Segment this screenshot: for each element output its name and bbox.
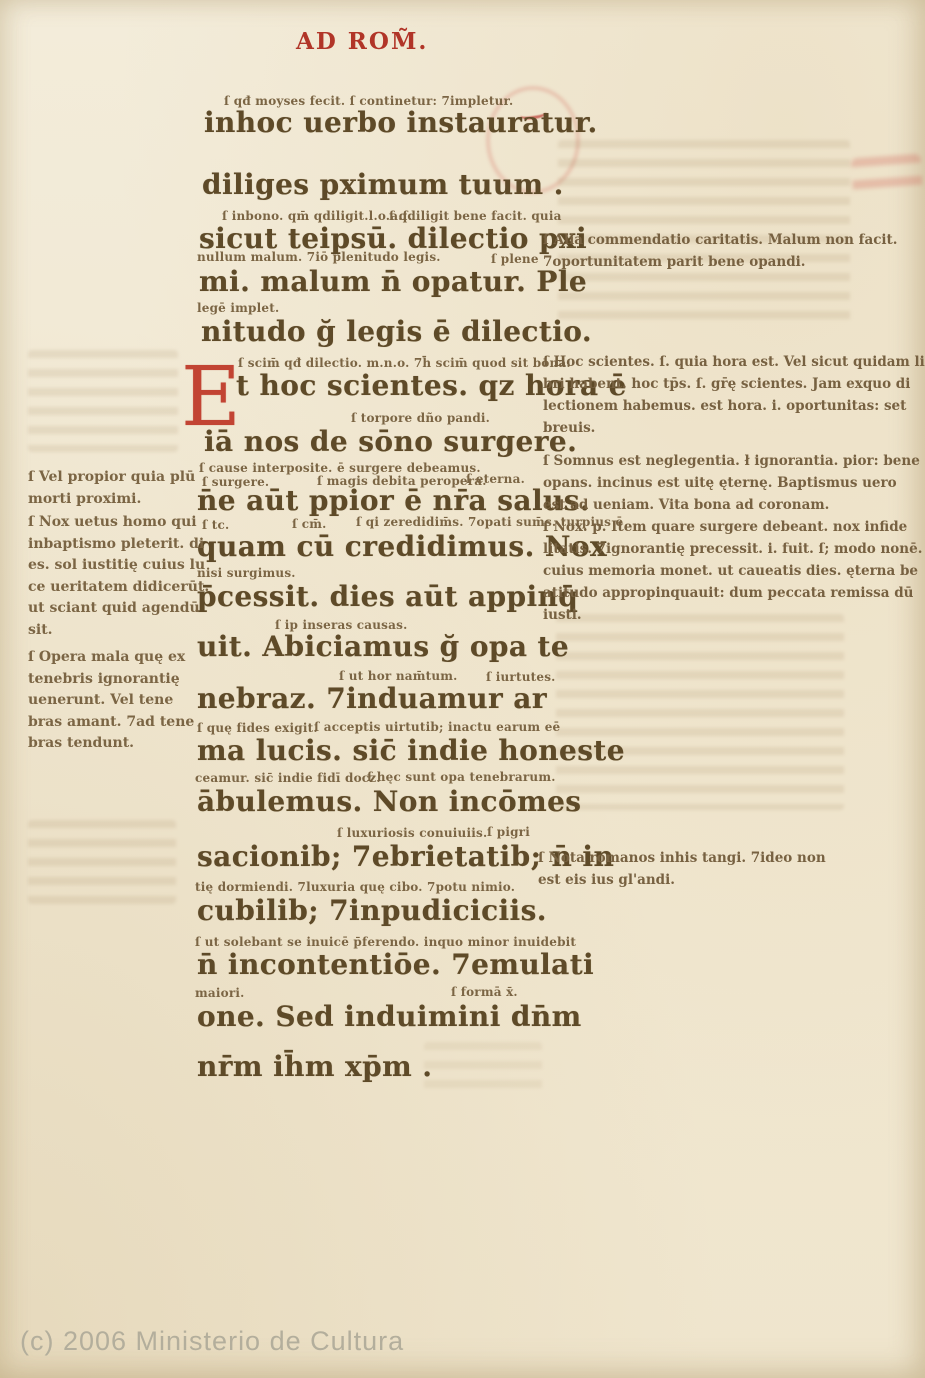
interlinear-gloss: ſ plene (491, 252, 539, 266)
marginal-gloss-right: ſ Somnus est neglegentia. ł ignorantia. … (543, 450, 920, 516)
main-text-line: n̄e aūt ppior ē nr̄a salus. (197, 484, 590, 517)
main-text-line: nitudo ğ legis ē dilectio. (201, 315, 592, 348)
marginal-gloss-line: bri habent. hoc tp̄s. ſ. gr̄ę scientes. … (543, 373, 925, 395)
main-text-line: mi. malum n̄ opatur. Ple (199, 265, 587, 298)
main-text-line: nr̄m ih̄m xp̄m . (197, 1050, 432, 1083)
main-text-line: iā nos de sōno surgere. (204, 425, 577, 458)
marginal-gloss-line: bras tendunt. (28, 733, 194, 755)
interlinear-gloss: ſ torpore dño pandi. (351, 411, 490, 425)
interlinear-gloss: ſ cause interposite. ē surgere debeamus. (199, 461, 481, 475)
marginal-gloss-line: 7oportunitatem parit bene opandi. (543, 251, 898, 273)
interlinear-gloss: ſ acceptis uirtutib; inactu earum eē (314, 720, 560, 734)
marginal-gloss-line: inbaptismo pleterit. di (28, 534, 209, 556)
interlinear-gloss: ſ scim̄ qđ dilectio. m.n.o. 7h̄ scim̄ qu… (238, 356, 571, 370)
interlinear-gloss: ceamur. sic̄ indie fidī docz. (195, 771, 381, 785)
main-text-line: p̄cessit. dies aūt appinq̄ (197, 580, 578, 613)
marginal-gloss-line: ut sciant quid agendū (28, 598, 209, 620)
marginal-gloss-line: ce ueritatem didicerūt. (28, 577, 209, 599)
main-text-line: cubilib; 7inpudiciciis. (197, 894, 547, 927)
main-text-line: uit. Abiciamus ğ opa te (197, 630, 569, 663)
interlinear-gloss: ſ pigri (487, 825, 530, 839)
bleed-through-text (556, 614, 844, 810)
bleed-through-text (424, 1042, 542, 1094)
main-text-line: diliges pximum tuum . (202, 168, 564, 201)
interlinear-gloss: ſ quę fides exigit. (197, 721, 318, 735)
page-header-rubric: AD ROM̃. (296, 28, 428, 55)
marginal-gloss-line: est ad ueniam. Vita bona ad coronam. (543, 494, 920, 516)
marginal-gloss-line: ſ Opera mala quę ex (28, 647, 194, 669)
marginal-gloss-line: morti proximi. (28, 489, 195, 511)
interlinear-gloss: maiori. (195, 986, 245, 1000)
marginal-gloss-line: ſ Nox. p. Item quare surgere debeant. no… (543, 516, 922, 538)
interlinear-gloss: ſ qdiligit bene facit. quia (389, 209, 562, 223)
marginal-gloss-left: ſ Vel propior quia plū morti proximi. (28, 467, 195, 510)
marginal-gloss-left: ſ Nox uetus homo qui inbaptismo pleterit… (28, 512, 209, 641)
marginal-gloss-line: iusti. (543, 604, 922, 626)
manuscript-page: AD ROM̃. E ſ qđ moyses fecit. ſ continet… (0, 0, 925, 1378)
interlinear-gloss: nisi surgimus. (197, 566, 296, 580)
marginal-gloss-right: ſ Nota romanos inhis tangi. 7ideo non es… (538, 847, 826, 891)
marginal-gloss-line: bras amant. 7ad tene (28, 712, 194, 734)
marginal-gloss-line: uenerunt. Vel tene (28, 690, 194, 712)
interlinear-gloss: ſ formā x̄. (451, 985, 518, 999)
marginal-gloss-line: opans. incinus est uitę ęternę. Baptismu… (543, 472, 920, 494)
marginal-gloss-line: cuius memoria monet. ut caueatis dies. ę… (543, 560, 922, 582)
marginal-gloss-line: litatis. 7ignorantię precessit. i. fuit.… (543, 538, 922, 560)
interlinear-gloss: ſ hęc sunt opa tenebrarum. (367, 770, 556, 784)
main-text-line: ma lucis. sic̄ indie honeste (197, 734, 625, 767)
marginal-gloss-line: ſ Somnus est neglegentia. ł ignorantia. … (543, 450, 920, 472)
marginal-gloss-line: ſ Vel propior quia plū (28, 467, 195, 489)
marginal-gloss-line: atitudo appropinquauit: dum peccata remi… (543, 582, 922, 604)
main-text-line: nebraz. 7induamur ar (197, 682, 547, 715)
main-text-line: inhoc uerbo instauratur. (204, 106, 598, 139)
main-text-line: one. Sed induimini dn̄m (197, 1000, 582, 1033)
interlinear-gloss: ſ inbono. qm̄ qdiligit.l.o.a.ſ. (222, 209, 412, 223)
red-bleed-through-text (851, 154, 924, 201)
interlinear-gloss: legē implet. (197, 301, 279, 315)
interlinear-gloss: ſ luxuriosis conuiuiis. (337, 826, 487, 840)
main-text-line: n̄ incontentiōe. 7emulati (197, 948, 594, 981)
marginal-gloss-line: breuis. (543, 417, 925, 439)
marginal-gloss-line: ſ Nox uetus homo qui (28, 512, 209, 534)
bleed-through-text (28, 820, 176, 904)
marginal-gloss-line: lectionem habemus. est hora. i. oportuni… (543, 395, 925, 417)
marginal-gloss-line: est eis ius gl'andi. (538, 869, 826, 891)
interlinear-gloss: nullum malum. 7iō plenitudo legis. (197, 250, 441, 264)
marginal-gloss-line: tenebris ignorantię (28, 669, 194, 691)
copyright-watermark: (c) 2006 Ministerio de Cultura (20, 1326, 404, 1357)
marginal-gloss-line: es. sol iustitię cuius lu (28, 555, 209, 577)
marginal-gloss-line: ſ Alia commendatio caritatis. Malum non … (543, 229, 898, 251)
main-text-line: ābulemus. Non incōmes (197, 785, 581, 818)
interlinear-gloss: ſ ut hor nam̄tum. (339, 669, 458, 683)
marginal-gloss-left: ſ Opera mala quę ex tenebris ignorantię … (28, 647, 194, 755)
marginal-gloss-line: ſ Hoc scientes. ſ. quia hora est. Vel si… (543, 351, 925, 373)
marginal-gloss-line: ſ Nota romanos inhis tangi. 7ideo non (538, 847, 826, 869)
interlinear-gloss: ſ ut solebant se inuicē p̄ferendo. inquo… (195, 935, 576, 949)
interlinear-gloss: ſ cm̄. (292, 517, 327, 531)
marginal-gloss-right: ſ Hoc scientes. ſ. quia hora est. Vel si… (543, 351, 925, 439)
bleed-through-text (28, 350, 178, 452)
marginal-gloss-right: ſ Alia commendatio caritatis. Malum non … (543, 229, 898, 273)
interlinear-gloss: tię dormiendi. 7luxuria quę cibo. 7potu … (195, 880, 515, 894)
marginal-gloss-right: ſ Nox. p. Item quare surgere debeant. no… (543, 516, 922, 626)
marginal-gloss-line: sit. (28, 620, 209, 642)
